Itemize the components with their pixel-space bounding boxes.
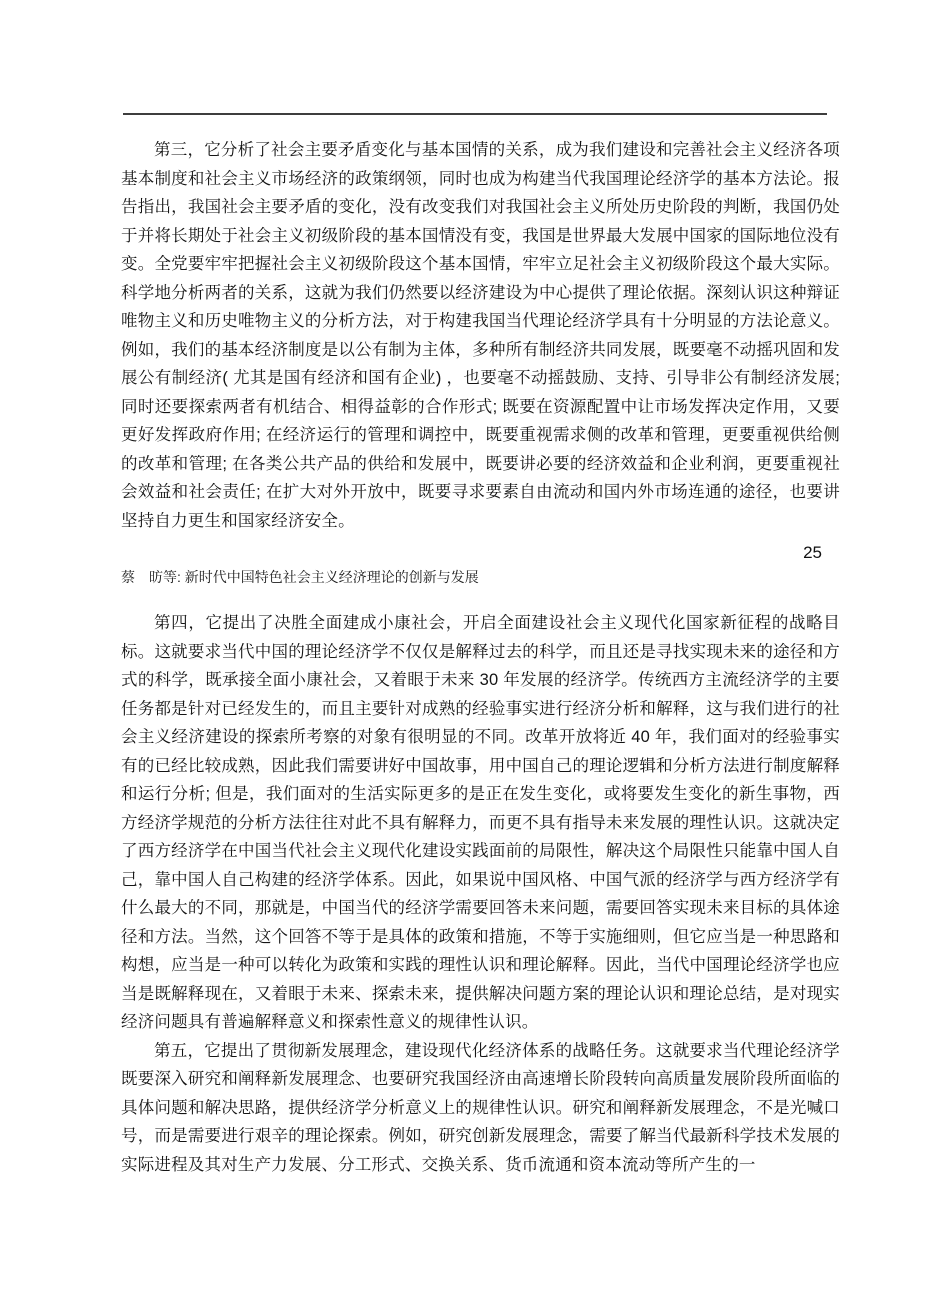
- running-header: 蔡 昉等: 新时代中国特色社会主义经济理论的创新与发展: [121, 568, 840, 586]
- page-number: 25: [121, 543, 840, 563]
- paragraph-point-three: 第三，它分析了社会主要矛盾变化与基本国情的关系，成为我们建设和完善社会主义经济各…: [121, 136, 840, 535]
- document-page: 第三，它分析了社会主要矛盾变化与基本国情的关系，成为我们建设和完善社会主义经济各…: [0, 0, 950, 1290]
- paragraph-point-four: 第四，它提出了决胜全面建成小康社会，开启全面建设社会主义现代化国家新征程的战略目…: [121, 609, 840, 1037]
- page-content: 第三，它分析了社会主要矛盾变化与基本国情的关系，成为我们建设和完善社会主义经济各…: [121, 0, 840, 1179]
- paragraph-point-five: 第五，它提出了贯彻新发展理念，建设现代化经济体系的战略任务。这就要求当代理论经济…: [121, 1037, 840, 1180]
